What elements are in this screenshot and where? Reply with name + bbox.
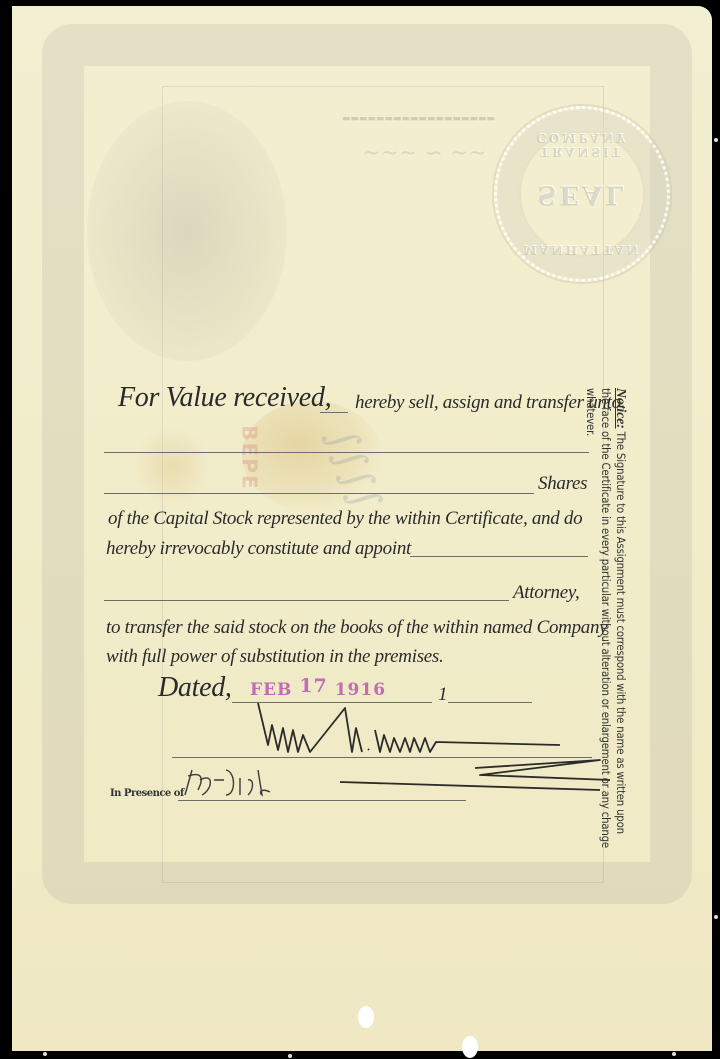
punch-hole <box>358 1006 374 1028</box>
witness-line <box>178 800 466 801</box>
in-presence-of-label: In Presence of <box>110 788 184 799</box>
notice-body: The Signature to this Assignment must co… <box>584 388 627 848</box>
notice-text-block: Notice: The Signature to this Assignment… <box>588 388 628 848</box>
notice-label: Notice: <box>613 388 628 429</box>
punch-hole <box>462 1036 478 1058</box>
